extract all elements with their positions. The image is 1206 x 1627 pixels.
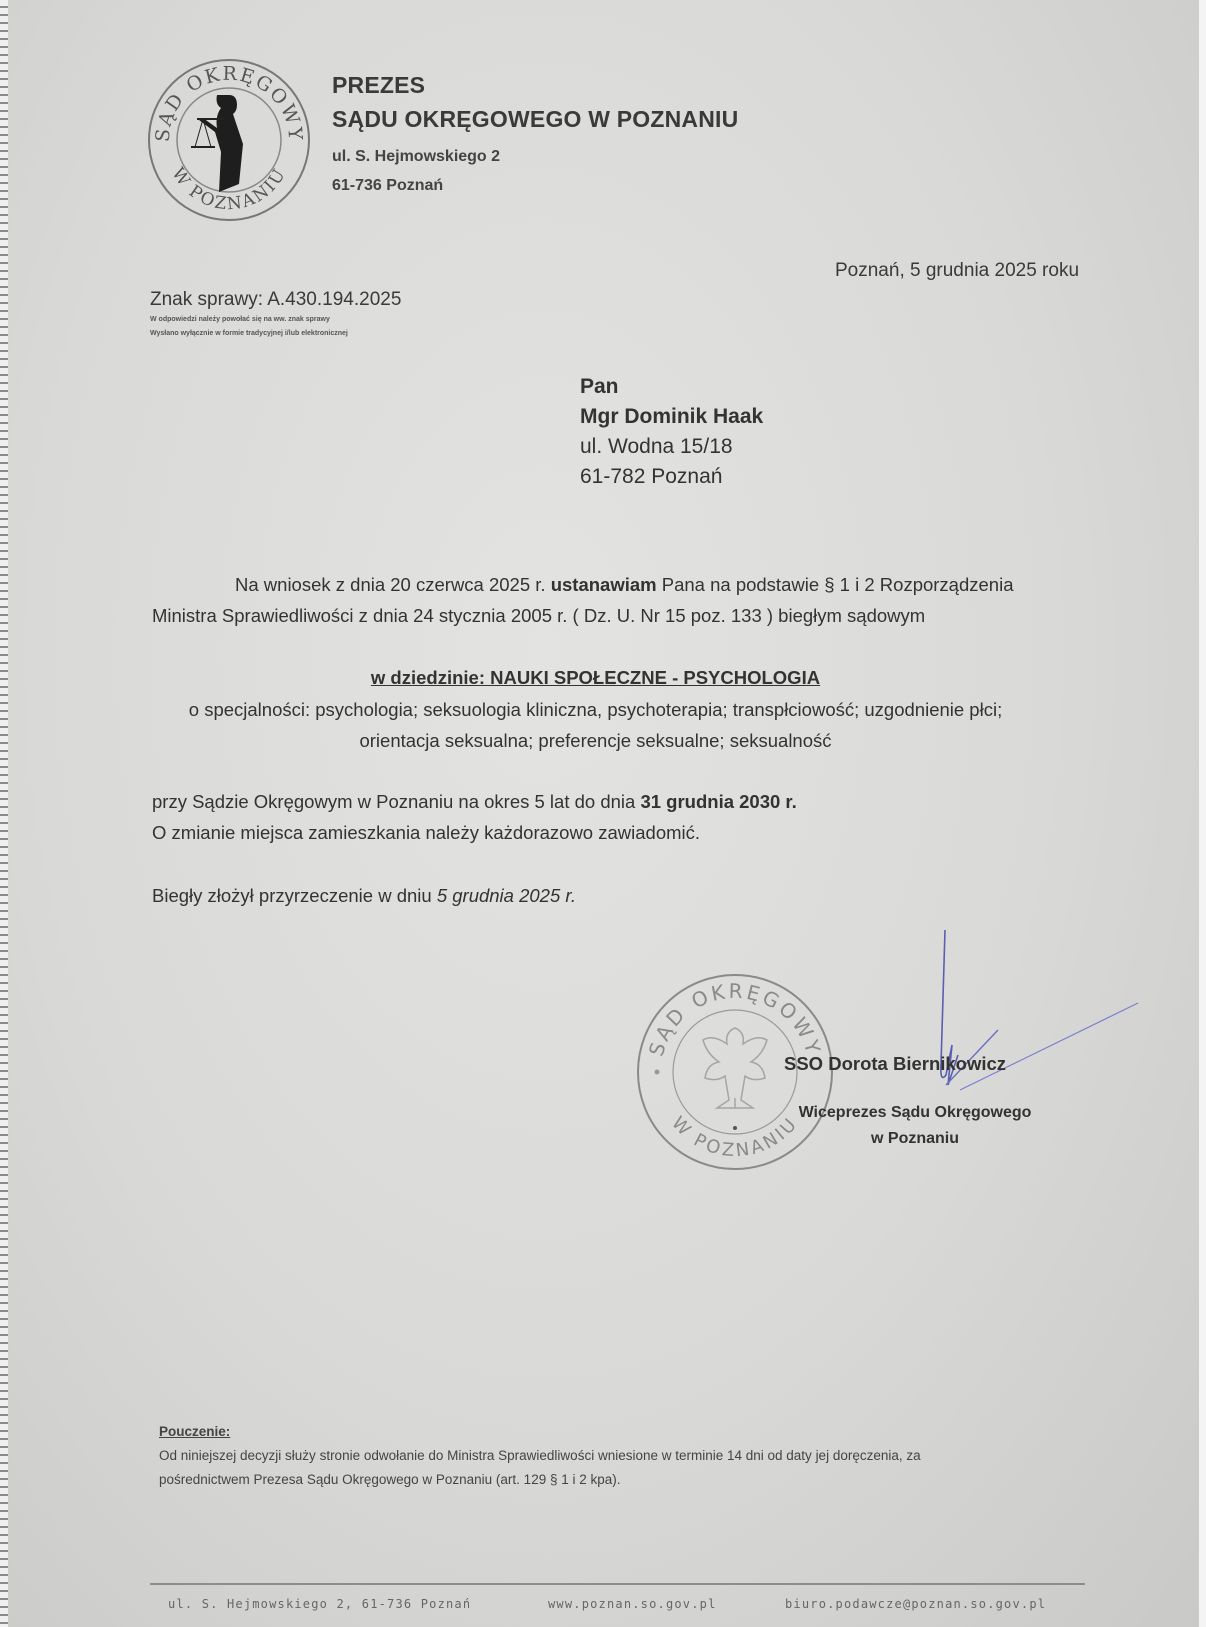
document-page: SĄD OKRĘGOWY W POZNANIU PREZES SĄDU OKRĘ… [8, 0, 1199, 1627]
oath-statement: Biegły złożył przyrzeczenie w dniu 5 gru… [152, 885, 576, 907]
letterhead-title-line1: PREZES [332, 72, 425, 99]
specialty-line-2: orientacja seksualna; preferencje seksua… [8, 730, 1191, 752]
oath-date: 5 grudnia 2025 r. [437, 885, 576, 906]
letterhead-address-city: 61-736 Poznań [332, 177, 443, 195]
term-end-date: 31 grudnia 2030 r. [640, 791, 796, 812]
body-paragraph-1-line-2: Ministra Sprawiedliwości z dnia 24 stycz… [152, 605, 925, 627]
letterhead-title-line2: SĄDU OKRĘGOWEGO W POZNANIU [332, 106, 738, 133]
letterhead-address-street: ul. S. Hejmowskiego 2 [332, 148, 500, 166]
specialty-line-1: o specjalności: psychologia; seksuologia… [8, 699, 1191, 721]
instruction-title: Pouczenie: [159, 1424, 230, 1439]
recipient-street: ul. Wodna 15/18 [580, 432, 763, 462]
footer-website[interactable]: www.poznan.so.gov.pl [548, 1597, 717, 1611]
document-date: Poznań, 5 grudnia 2025 roku [835, 260, 1079, 282]
recipient-name: Mgr Dominik Haak [580, 402, 763, 432]
case-reference-note-2: Wysłano wyłącznie w formie tradycyjnej i… [150, 330, 348, 337]
binder-edge [0, 0, 8, 1627]
instruction-text: Od niniejszej decyzji służy stronie odwo… [159, 1444, 921, 1492]
recipient-salutation: Pan [580, 372, 763, 402]
court-seal-icon: SĄD OKRĘGOWY W POZNANIU [145, 55, 313, 225]
footer-address: ul. S. Hejmowskiego 2, 61-736 Poznań [168, 1597, 471, 1611]
svg-text:SĄD OKRĘGOWY: SĄD OKRĘGOWY [644, 979, 826, 1059]
footer-email[interactable]: biuro.podawcze@poznan.so.gov.pl [785, 1597, 1046, 1611]
field-heading: w dziedzinie: NAUKI SPOŁECZNE - PSYCHOLO… [8, 667, 1191, 689]
recipient-block: Pan Mgr Dominik Haak ul. Wodna 15/18 61-… [580, 372, 763, 492]
signatory-name: SSO Dorota Biernikowicz [784, 1053, 1006, 1075]
footer-divider [150, 1583, 1085, 1585]
body-paragraph-1: Na wniosek z dnia 20 czerwca 2025 r. ust… [235, 574, 1013, 596]
address-change-notice: O zmianie miejsca zamieszkania należy ka… [152, 822, 700, 844]
case-reference-note-1: W odpowiedzi należy powołać się na ww. z… [150, 316, 330, 323]
case-reference: Znak sprawy: A.430.194.2025 [150, 289, 401, 311]
handwritten-signature [908, 925, 1148, 1115]
appointment-verb: ustanawiam [551, 574, 657, 595]
appointment-term: przy Sądzie Okręgowym w Poznaniu na okre… [152, 791, 797, 813]
recipient-city: 61-782 Poznań [580, 462, 763, 492]
signatory-role: Wiceprezes Sądu Okręgowego w Poznaniu [780, 1100, 1050, 1152]
